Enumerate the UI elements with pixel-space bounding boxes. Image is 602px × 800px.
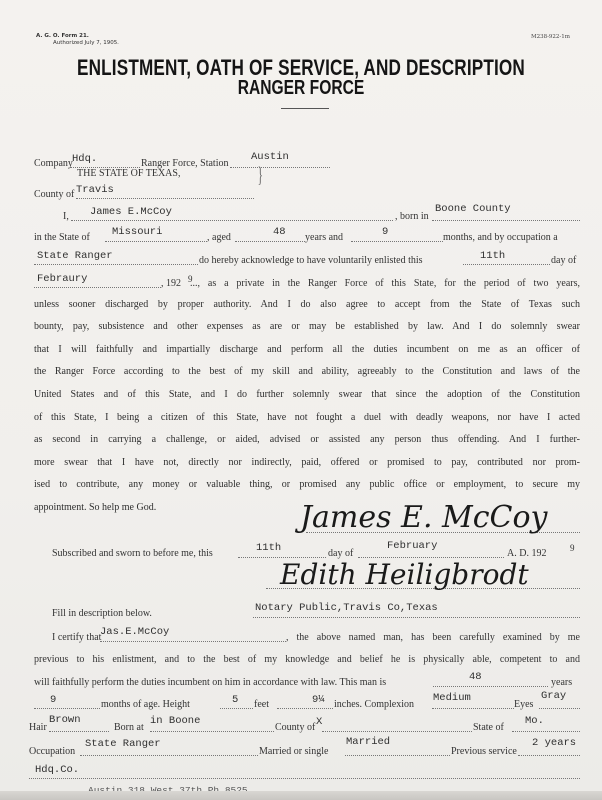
born-at[interactable]: in Boone xyxy=(150,715,200,727)
eyes-label: Eyes xyxy=(514,699,533,710)
hair-field-line xyxy=(49,731,109,732)
form-subtitle: RANGER FORCE xyxy=(66,77,536,100)
desc-state-field-line xyxy=(512,731,580,732)
enlistment-form-page: A. G. O. Form 21. Authorized July 7, 190… xyxy=(0,0,602,800)
desc-age-years-field-line xyxy=(433,686,548,687)
notary-title-line xyxy=(253,617,580,618)
station-field-line xyxy=(230,167,330,168)
notary-title[interactable]: Notary Public,Travis Co,Texas xyxy=(255,602,438,614)
occupation-field-line xyxy=(34,264,198,265)
notary-signature: Edith Heiligbrodt xyxy=(280,558,529,591)
feet-label: feet xyxy=(254,699,269,710)
occupation-label: Occupation xyxy=(29,746,75,757)
desc-county[interactable]: X xyxy=(316,716,322,728)
desc-occupation-field-line xyxy=(80,755,258,756)
description-line3: will faithfully perform the duties incum… xyxy=(34,677,386,688)
complexion-field-line xyxy=(432,708,514,709)
sworn-month[interactable]: February xyxy=(387,540,437,552)
born-in-label: , born in xyxy=(395,211,429,222)
previous-service-label: Previous service xyxy=(451,746,517,757)
years-and-label: years and xyxy=(305,232,343,243)
months-label: months, and by occupation a xyxy=(443,232,558,243)
desc-state[interactable]: Mo. xyxy=(525,715,544,727)
description-line2: previous to his enlistment, and to the b… xyxy=(34,654,580,665)
page-edge xyxy=(0,791,602,800)
county-field-line xyxy=(76,198,254,199)
county-value[interactable]: Travis xyxy=(76,184,114,196)
certified-name[interactable]: Jas.E.McCoy xyxy=(100,626,169,638)
subscribed-label: Subscribed and sworn to before me, this xyxy=(52,548,213,559)
previous-service[interactable]: 2 years xyxy=(532,737,576,749)
form-number: A. G. O. Form 21. Authorized July 7, 190… xyxy=(36,33,119,47)
certify-label: I certify that xyxy=(52,632,101,643)
i-label: I, xyxy=(63,211,69,222)
acknowledge-label: do hereby acknowledge to have voluntaril… xyxy=(199,255,423,266)
age-months-field-line xyxy=(351,241,443,242)
enlist-month-field-line xyxy=(34,287,161,288)
desc-county-field-line xyxy=(322,731,472,732)
enlist-month[interactable]: Febraury xyxy=(37,273,87,285)
day-of-label: day of xyxy=(551,255,576,266)
desc-age-years[interactable]: 48 xyxy=(469,671,482,683)
married-field-line xyxy=(345,755,450,756)
state-of-label: State of xyxy=(473,722,504,733)
company-value[interactable]: Hdq. xyxy=(72,153,97,165)
complexion[interactable]: Medium xyxy=(433,692,471,704)
enlistee-signature: James E. McCoy xyxy=(300,500,548,535)
birth-state[interactable]: Missouri xyxy=(112,226,162,238)
enlistee-name[interactable]: James E.McCoy xyxy=(90,206,172,218)
age-years-field-line xyxy=(235,241,305,242)
previous-service-cont-line xyxy=(29,778,580,779)
name-field-line xyxy=(71,220,393,221)
born-at-field-line xyxy=(150,731,274,732)
hair-label: Hair xyxy=(29,722,47,733)
county-label: County of xyxy=(34,189,74,200)
desc-months-label: months of age. Height xyxy=(101,699,190,710)
state-label: in the State of xyxy=(34,232,90,243)
desc-years-label: years xyxy=(551,677,572,688)
desc-age-months[interactable]: 9 xyxy=(50,694,56,706)
enlist-day[interactable]: 11th xyxy=(480,250,505,262)
enlistee-occupation[interactable]: State Ranger xyxy=(37,250,113,262)
print-code: M238-922-1m xyxy=(531,34,570,40)
desc-age-months-field-line xyxy=(34,708,100,709)
born-at-label: Born at xyxy=(114,722,144,733)
fill-in-label: Fill in description below. xyxy=(52,608,152,619)
certify-text: , the above named man, has been carefull… xyxy=(286,632,580,643)
age-years[interactable]: 48 xyxy=(273,226,286,238)
period-text: ..., as a private in the Ranger Force of… xyxy=(190,278,580,289)
brace: } xyxy=(258,162,263,188)
enlist-day-field-line xyxy=(463,264,550,265)
county-of-label: County of xyxy=(275,722,315,733)
height-inches[interactable]: 9¼ xyxy=(312,694,325,706)
desc-occupation[interactable]: State Ranger xyxy=(85,738,161,750)
height-inches-field-line xyxy=(277,708,333,709)
state-of-texas: THE STATE OF TEXAS, xyxy=(77,168,180,179)
hair[interactable]: Brown xyxy=(49,714,81,726)
height-feet[interactable]: 5 xyxy=(232,694,238,706)
sworn-day[interactable]: 11th xyxy=(256,542,281,554)
married[interactable]: Married xyxy=(346,736,390,748)
inches-label: inches. Complexion xyxy=(334,699,414,710)
form-number-text: A. G. O. Form 21. xyxy=(36,33,89,39)
certified-name-field-line xyxy=(100,641,286,642)
age-months[interactable]: 9 xyxy=(382,226,388,238)
sworn-year-digit[interactable]: 9 xyxy=(570,543,575,553)
state-field-line xyxy=(105,241,207,242)
year-prefix: , 192 xyxy=(161,278,181,289)
title-divider xyxy=(281,108,329,109)
born-in-value[interactable]: Boone County xyxy=(435,203,511,215)
eyes[interactable]: Gray xyxy=(541,690,566,702)
aged-label: , aged xyxy=(207,232,231,243)
eyes-field-line xyxy=(539,708,580,709)
company-label: Company xyxy=(34,158,73,169)
height-feet-field-line xyxy=(220,708,253,709)
previous-service-cont[interactable]: Hdq.Co. xyxy=(35,764,79,776)
authorized-date: Authorized July 7, 1905. xyxy=(36,40,119,47)
born-in-field-line xyxy=(432,220,580,221)
previous-service-field-line xyxy=(518,755,580,756)
married-label: Married or single xyxy=(259,746,328,757)
